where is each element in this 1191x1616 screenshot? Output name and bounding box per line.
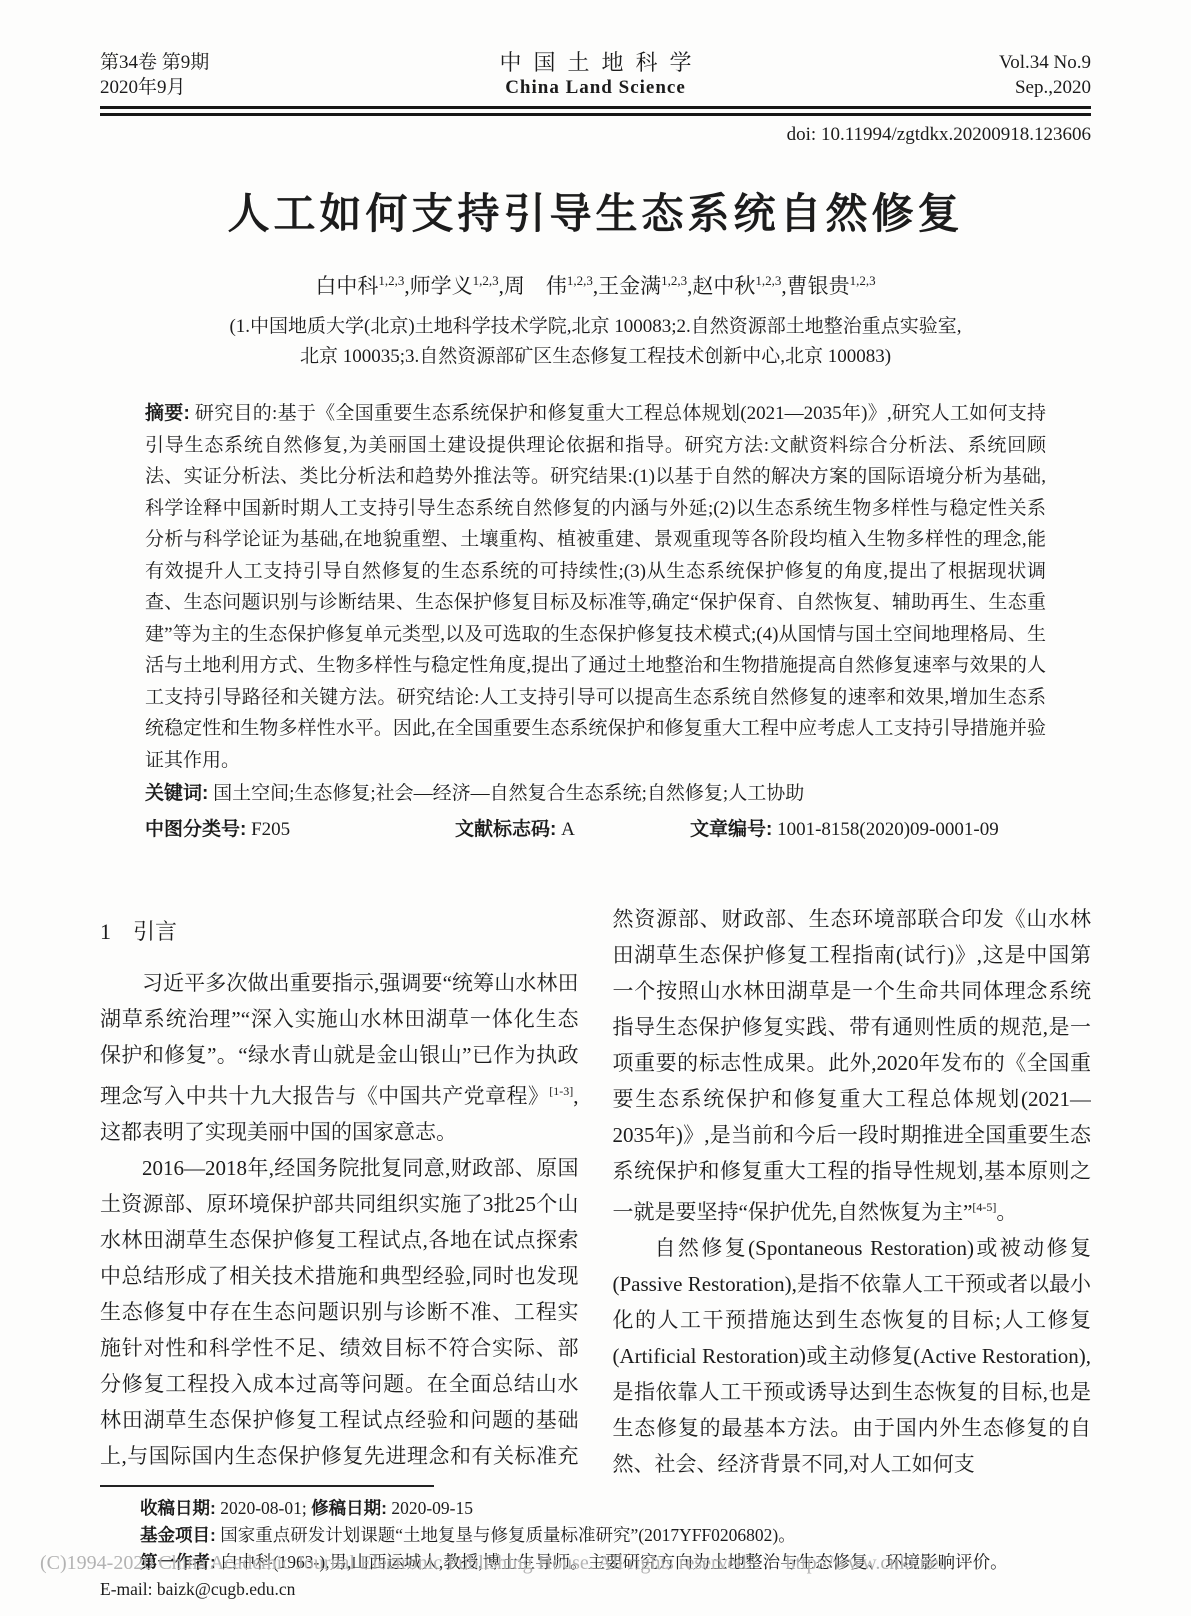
date-cn: 2020年9月: [100, 75, 300, 100]
left-column: 1 引言 习近平多次做出重要指示,强调要“统筹山水林田湖草系统治理”“深入实施山…: [100, 901, 579, 1479]
author-affil-sup: 1,2,3: [473, 273, 499, 288]
revised-label: 修稿日期:: [311, 1498, 387, 1518]
doi: doi: 10.11994/zgtdkx.20200918.123606: [100, 124, 1091, 146]
abstract-text: 研究目的:基于《全国重要生态系统保护和修复重大工程总体规划(2021—2035年…: [145, 403, 1046, 771]
footnote-rule: [100, 1485, 434, 1487]
abstract: 摘要: 研究目的:基于《全国重要生态系统保护和修复重大工程总体规划(2021—2…: [145, 398, 1046, 776]
keywords-text: 国土空间;生态修复;社会—经济—自然复合生态系统;自然修复;人工协助: [213, 783, 804, 804]
article-body: 1 引言 习近平多次做出重要指示,强调要“统筹山水林田湖草系统治理”“深入实施山…: [100, 901, 1091, 1479]
doc-code-value: A: [561, 819, 575, 840]
volume-issue-en: Vol.34 No.9: [891, 50, 1091, 75]
article-title: 人工如何支持引导生态系统自然修复: [100, 186, 1091, 242]
paragraph: 习近平多次做出重要指示,强调要“统筹山水林田湖草系统治理”“深入实施山水林田湖草…: [100, 965, 579, 1150]
section-heading: 1 引言: [100, 917, 579, 947]
paragraph-text: 然资源部、财政部、生态环境部联合印发《山水林田湖草生态保护修复工程指南(试行)》…: [613, 907, 1092, 1224]
footnote-dates: 收稿日期: 2020-08-01; 修稿日期: 2020-09-15: [100, 1495, 1091, 1522]
copyright-banner: (C)1994-2020 China Academic Journal Elec…: [40, 1552, 1150, 1575]
clc-number: 中图分类号: F205: [145, 814, 455, 846]
author-line: 白中科1,2,3,师学义1,2,3,周 伟1,2,3,王金满1,2,3,赵中秋1…: [100, 270, 1091, 300]
copyright-text: (C)1994-2020 China Academic Journal Elec…: [40, 1552, 752, 1574]
fund-value: 国家重点研发计划课题“土地复垦与修复质量标准研究”(2017YFF0206802…: [220, 1525, 796, 1545]
doc-code-label: 文献标志码:: [455, 819, 556, 840]
author: 白中科: [315, 274, 378, 298]
journal-name-en: China Land Science: [487, 75, 703, 100]
volume-issue-cn: 第34卷 第9期: [100, 50, 300, 75]
received-value: 2020-08-01;: [220, 1498, 307, 1518]
author: 曹银贵: [787, 274, 850, 298]
footnotes: 收稿日期: 2020-08-01; 修稿日期: 2020-09-15 基金项目:…: [100, 1495, 1091, 1603]
affiliations: (1.中国地质大学(北京)土地科学技术学院,北京 100083;2.自然资源部土…: [100, 312, 1091, 372]
header-center: 中国土地科学 China Land Science: [487, 50, 703, 100]
paragraph-text: 。: [996, 1200, 1017, 1224]
header-right: Vol.34 No.9 Sep.,2020: [891, 50, 1091, 100]
paragraph-text: 习近平多次做出重要指示,强调要“统筹山水林田湖草系统治理”“深入实施山水林田湖草…: [100, 971, 579, 1108]
citation-ref: [4-5]: [972, 1200, 996, 1214]
article-id-value: 1001-8158(2020)09-0001-09: [777, 819, 999, 840]
header-left: 第34卷 第9期 2020年9月: [100, 50, 300, 100]
abstract-label: 摘要:: [145, 403, 190, 424]
doc-code: 文献标志码: A: [455, 814, 690, 846]
author-affil-sup: 1,2,3: [850, 273, 876, 288]
footnote-email: E-mail: baizk@cugb.edu.cn: [100, 1576, 1091, 1603]
author-affil-sup: 1,2,3: [661, 273, 687, 288]
header-double-rule: [100, 106, 1091, 116]
clc-value: F205: [251, 819, 290, 840]
citation-ref: [1-3]: [549, 1084, 573, 1098]
cnki-url: http://www.cnki.net: [786, 1552, 945, 1574]
author: 赵中秋: [692, 274, 755, 298]
affiliation-line: 北京 100035;3.自然资源部矿区生态修复工程技术创新中心,北京 10008…: [100, 342, 1091, 372]
revised-value: 2020-09-15: [391, 1498, 473, 1518]
paragraph: 自然修复(Spontaneous Restoration)或被动修复(Passi…: [613, 1230, 1092, 1479]
journal-header: 第34卷 第9期 2020年9月 中国土地科学 China Land Scien…: [100, 0, 1091, 100]
fund-label: 基金项目:: [140, 1525, 216, 1545]
article-id-label: 文章编号:: [690, 819, 772, 840]
footnote-fund: 基金项目: 国家重点研发计划课题“土地复垦与修复质量标准研究”(2017YFF0…: [100, 1522, 1091, 1549]
article-id: 文章编号: 1001-8158(2020)09-0001-09: [690, 814, 1046, 846]
author: 周 伟: [504, 274, 567, 298]
journal-name-cn: 中国土地科学: [487, 50, 703, 75]
right-column: 然资源部、财政部、生态环境部联合印发《山水林田湖草生态保护修复工程指南(试行)》…: [613, 901, 1092, 1479]
author-affil-sup: 1,2,3: [567, 273, 593, 288]
date-en: Sep.,2020: [891, 75, 1091, 100]
paragraph: 然资源部、财政部、生态环境部联合印发《山水林田湖草生态保护修复工程指南(试行)》…: [613, 901, 1092, 1230]
keywords-label: 关键词:: [145, 783, 208, 804]
journal-page: 第34卷 第9期 2020年9月 中国土地科学 China Land Scien…: [0, 0, 1191, 1616]
clc-label: 中图分类号:: [145, 819, 246, 840]
meta-row: 中图分类号: F205 文献标志码: A 文章编号: 1001-8158(202…: [145, 814, 1046, 846]
author-affil-sup: 1,2,3: [755, 273, 781, 288]
author-affil-sup: 1,2,3: [378, 273, 404, 288]
paragraph: 2016—2018年,经国务院批复同意,财政部、原国土资源部、原环境保护部共同组…: [100, 1150, 579, 1479]
affiliation-line: (1.中国地质大学(北京)土地科学技术学院,北京 100083;2.自然资源部土…: [100, 312, 1091, 342]
author: 师学义: [410, 274, 473, 298]
author: 王金满: [598, 274, 661, 298]
received-label: 收稿日期:: [140, 1498, 216, 1518]
keywords: 关键词: 国土空间;生态修复;社会—经济—自然复合生态系统;自然修复;人工协助: [145, 778, 1046, 810]
